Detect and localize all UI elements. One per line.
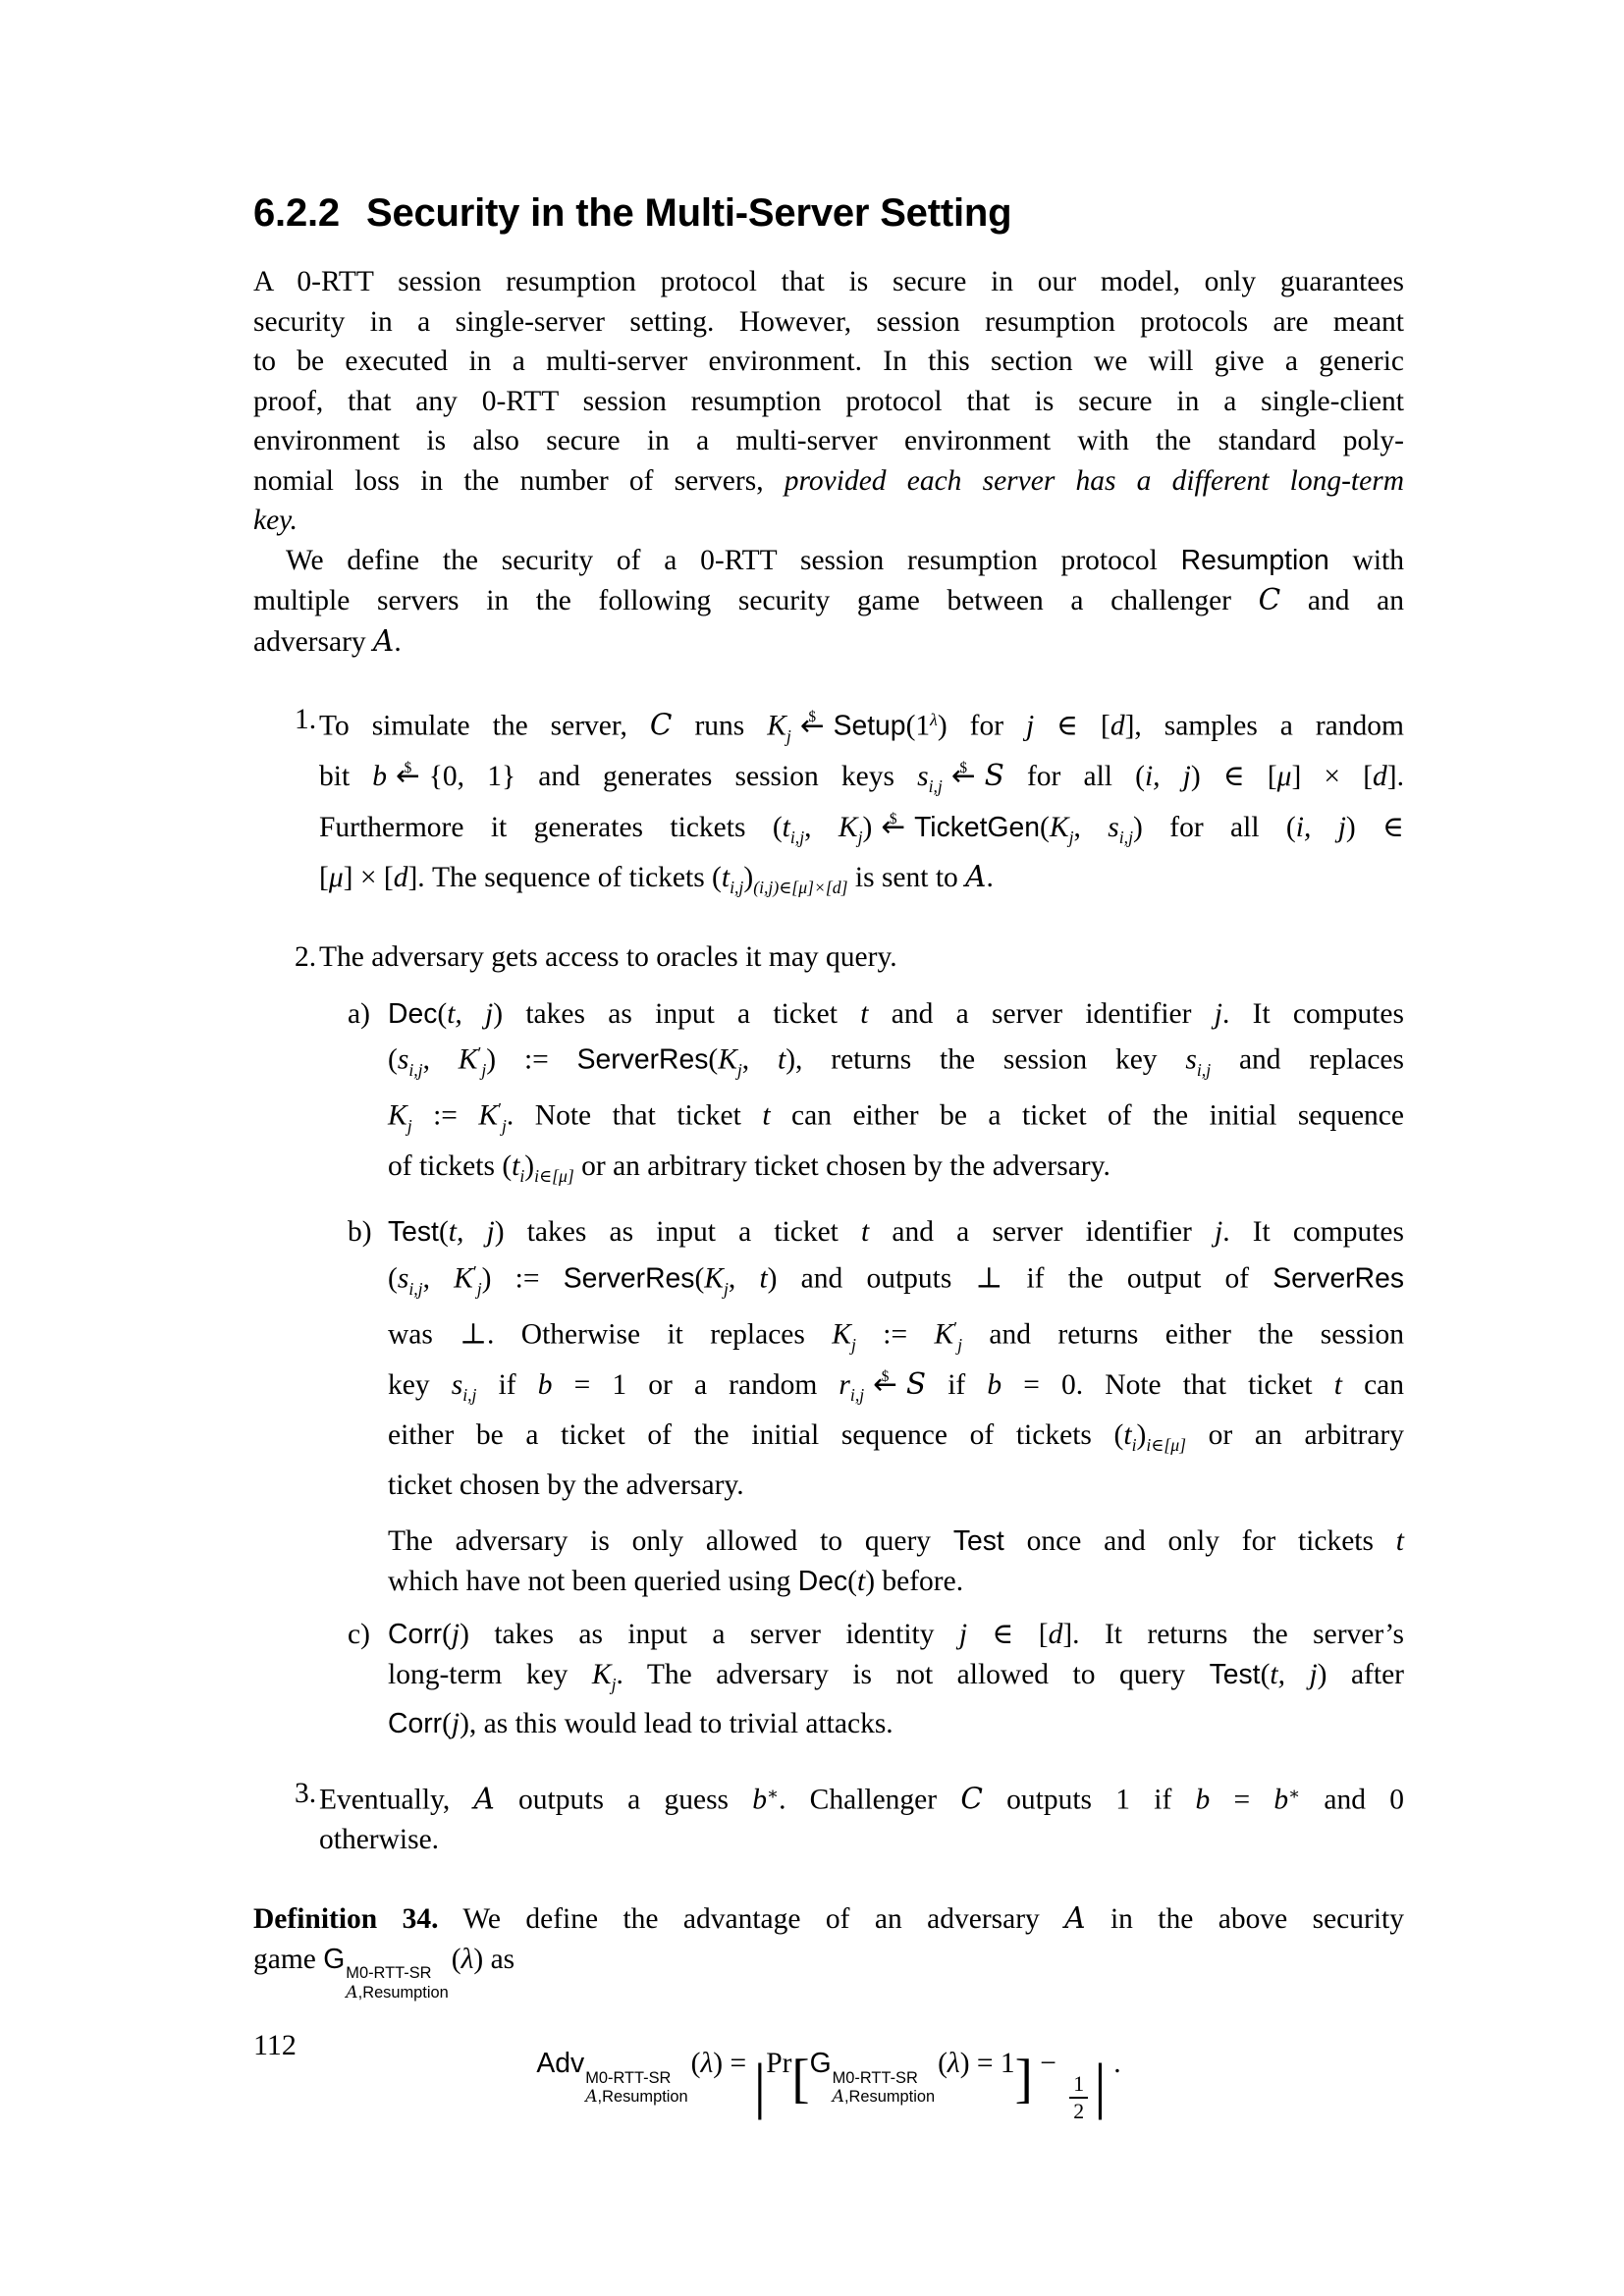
random-sample-arrow-icon: $← — [800, 706, 825, 746]
random-sample-arrow-icon: $← — [873, 1364, 897, 1405]
seg-mi: K — [704, 1262, 724, 1294]
text-line: either be a ticket of the initial sequen… — [388, 1415, 1404, 1466]
seg-mi: μ — [329, 862, 344, 893]
oracle-dec: a)Dec(t, j) takes as input a ticket t an… — [253, 994, 1404, 1197]
seg-mi: t, j — [449, 1216, 495, 1248]
seg-sf: ,Resumption — [844, 2088, 935, 2106]
seg-sub: i∈[μ] — [534, 1166, 574, 1186]
list-label: 1. — [295, 700, 316, 740]
seg-rm: . — [394, 626, 401, 658]
seg-rm: otherwise. — [319, 1824, 439, 1855]
seg-rm: ( — [388, 1262, 398, 1294]
seg-rm: = 1 or a random — [553, 1369, 839, 1401]
seg-mi: t — [861, 1216, 869, 1248]
seg-rm: , — [804, 812, 839, 843]
seg-rm: and a server identifier — [869, 1216, 1215, 1248]
list-label: a) — [348, 994, 370, 1035]
seg-sf: M0-RTT-SR — [585, 2069, 671, 2087]
seg-rm: outputs 1 if — [983, 1784, 1196, 1815]
seg-rm: ( — [691, 2048, 701, 2079]
seg-sf: Dec — [388, 998, 437, 1030]
random-sample-arrow-icon: $← — [396, 756, 420, 796]
seg-rm: and a server identifier — [868, 998, 1214, 1030]
seg-rm: in the above security — [1086, 1903, 1404, 1935]
seg-rm: Eventually, — [319, 1784, 474, 1815]
list-label: 3. — [295, 1774, 316, 1814]
seg-mi: j — [452, 1708, 460, 1739]
section-title: Security in the Multi-Server Setting — [366, 191, 1011, 235]
seg-sf: TicketGen — [914, 812, 1040, 843]
seg-rm: Pr — [766, 2048, 791, 2079]
seg-rm: for all ( — [1004, 761, 1145, 792]
seg-rm: ) after — [1318, 1659, 1404, 1690]
seg-sub: i,j — [408, 1279, 422, 1299]
text-line: Furthermore it generates tickets (ti,j, … — [319, 807, 1404, 858]
seg-rm: ) := — [482, 1262, 564, 1294]
text-line: which have not been queried using Dec(t)… — [388, 1562, 1404, 1602]
seg-big: | — [1094, 2051, 1107, 2120]
text-line: key. — [253, 501, 1404, 541]
seg-rm: := — [412, 1100, 479, 1132]
script-stack: M0-RTT-SRA,Resumption — [346, 1963, 448, 2002]
seg-rm: of tickets ( — [388, 1150, 512, 1182]
numerator: 1 — [1073, 2071, 1084, 2097]
seg-mi: t — [1396, 1525, 1404, 1557]
seg-rm: ) takes as input a server identity — [460, 1619, 959, 1650]
seg-rm: , — [423, 1262, 455, 1294]
seg-rm: The adversary is only allowed to query — [388, 1525, 953, 1557]
text-line: to be executed in a multi-server environ… — [253, 342, 1404, 382]
seg-rm: ) ∈ — [1346, 812, 1404, 843]
seg-bigb: ] — [1015, 2049, 1033, 2109]
seg-mi: t, j — [1270, 1659, 1317, 1690]
seg-rm: multiple servers in the following securi… — [253, 585, 1259, 616]
text-line: To simulate the server, C runs Kj$←Setup… — [319, 700, 1404, 756]
seg-rm: ( — [442, 1708, 452, 1739]
game-step-3: 3.Eventually, A outputs a guess b∗. Chal… — [253, 1774, 1404, 1860]
text-line: environment is also secure in a multi-se… — [253, 421, 1404, 461]
seg-mi: b — [1273, 1784, 1288, 1815]
seg-rm: , — [423, 1044, 459, 1076]
seg-rm: ]. — [1387, 761, 1404, 792]
text-line: bit b$←{0, 1} and generates session keys… — [319, 756, 1404, 807]
page-number: 112 — [253, 2026, 297, 2066]
oracle-test: b)Test(t, j) takes as input a ticket t a… — [253, 1212, 1404, 1505]
seg-mi: s — [398, 1044, 408, 1076]
seg-mi: i, j — [1145, 761, 1191, 792]
seg-rm: ]. The sequence of tickets ( — [407, 862, 721, 893]
seg-rm: if — [476, 1369, 537, 1401]
seg-mi: r — [839, 1369, 849, 1401]
random-sample-arrow-icon: $← — [951, 756, 976, 796]
text-line: The adversary is only allowed to query T… — [388, 1522, 1404, 1562]
dollar-annotation: $ — [882, 1358, 890, 1398]
document-body: A 0-RTT session resumption protocol that… — [253, 262, 1404, 2139]
seg-rm: ( — [847, 1566, 857, 1597]
seg-rm: ( — [388, 1044, 398, 1076]
seg-rm: can either be a ticket of the initial se… — [771, 1100, 1404, 1132]
denominator: 2 — [1069, 2097, 1088, 2124]
seg-rm: ) = 1 — [960, 2048, 1015, 2079]
seg-rm: ( — [694, 1262, 704, 1294]
seg-rm: ) before. — [865, 1566, 963, 1597]
seg-sub: i∈[μ] — [1146, 1435, 1186, 1455]
script-stack: M0-RTT-SRA,Resumption — [833, 2068, 935, 2108]
dollar-annotation: $ — [890, 800, 897, 840]
seg-cal: A — [833, 2087, 844, 2107]
seg-sf: ,Resumption — [598, 2088, 688, 2106]
dollar-annotation: $ — [959, 749, 967, 789]
seg-mi: i, j — [1296, 812, 1346, 843]
seg-cal: S — [906, 1367, 926, 1401]
text-line: The adversary gets access to oracles it … — [319, 937, 1404, 978]
seg-rm: or an arbitrary ticket chosen by the adv… — [574, 1150, 1110, 1182]
definition-34: Definition 34. We define the advantage o… — [253, 1898, 1404, 2002]
seg-rm: key — [388, 1369, 452, 1401]
seg-rm: − — [1033, 2048, 1063, 2079]
seg-mi: K — [718, 1044, 737, 1076]
seg-mi: s — [1108, 812, 1118, 843]
text-line: ticket chosen by the adversary. — [388, 1466, 1404, 1506]
list-label: 2. — [295, 937, 316, 978]
seg-sf: Test — [388, 1216, 439, 1248]
seg-rm: ) and outputs ⊥ if the output of — [768, 1262, 1273, 1294]
seg-rm: either be a ticket of the initial sequen… — [388, 1419, 1123, 1451]
text-line: was ⊥. Otherwise it replaces Kj := K′j a… — [388, 1308, 1404, 1364]
seg-rm: is sent to — [848, 862, 966, 893]
seg-mi: t — [857, 1566, 865, 1597]
seg-rm: ) — [1137, 1419, 1147, 1451]
seg-rm: runs — [672, 711, 767, 742]
seg-rm: . — [1107, 2048, 1121, 2079]
seg-sub: i,j — [1197, 1060, 1211, 1080]
seg-mi: d — [1110, 711, 1125, 742]
test-query-restriction: The adversary is only allowed to query T… — [253, 1522, 1404, 1601]
seg-mi: b — [538, 1369, 553, 1401]
seg-mi: K — [767, 711, 786, 742]
seg-rm: := — [856, 1319, 935, 1351]
seg-rm: environment is also secure in a multi-se… — [253, 425, 1404, 456]
seg-rm: The adversary gets access to oracles it … — [319, 941, 897, 973]
advantage-formula: AdvM0-RTT-SRA,Resumption(λ) = |Pr[GM0-RT… — [253, 2010, 1404, 2139]
seg-rm: security in a single-server setting. How… — [253, 306, 1404, 338]
seg-cal: C — [960, 1782, 983, 1815]
seg-rm: ( — [452, 1944, 461, 1975]
seg-mi: λ — [461, 1944, 474, 1975]
seg-rm: ( — [437, 998, 447, 1030]
seg-sf: G — [323, 1944, 345, 1975]
seg-sf: Setup — [834, 711, 906, 742]
seg-sf: Corr — [388, 1708, 442, 1739]
seg-it: key. — [253, 505, 298, 536]
text-line: otherwise. — [319, 1820, 1404, 1860]
section-heading: 6.2.2Security in the Multi-Server Settin… — [253, 191, 1404, 236]
seg-mi: t — [1123, 1419, 1131, 1451]
seg-rm: ( — [708, 1044, 718, 1076]
seg-mi: d — [394, 862, 408, 893]
security-game-intro-paragraph: We define the security of a 0-RTT sessio… — [253, 541, 1404, 663]
seg-mi: K — [832, 1319, 851, 1351]
seg-rm: ticket chosen by the adversary. — [388, 1469, 744, 1501]
seg-sub: i,j — [1119, 828, 1133, 847]
text-line: [μ] × [d]. The sequence of tickets (ti,j… — [319, 857, 1404, 908]
seg-mi: s — [917, 761, 928, 792]
seg-sub: i,j — [929, 776, 943, 796]
seg-mi: K — [459, 1044, 478, 1076]
text-line: multiple servers in the following securi… — [253, 580, 1404, 621]
seg-mi: d — [1049, 1619, 1063, 1650]
seg-bf: Definition 34. — [253, 1903, 438, 1935]
section-number: 6.2.2 — [253, 191, 340, 235]
text-line: Dec(t, j) takes as input a ticket t and … — [388, 994, 1404, 1035]
seg-mi: t — [759, 1262, 767, 1294]
seg-rm: A 0-RTT session resumption protocol that… — [253, 266, 1404, 297]
seg-rm: to be executed in a multi-server environ… — [253, 346, 1404, 377]
text-line: We define the security of a 0-RTT sessio… — [253, 541, 1404, 581]
seg-rm: To simulate the server, — [319, 711, 650, 742]
dollar-annotation: $ — [808, 698, 816, 738]
seg-rm: if — [926, 1369, 987, 1401]
list-label: b) — [348, 1212, 372, 1253]
seg-cal: A — [1064, 1901, 1085, 1935]
seg-rm: ), returns the session key — [785, 1044, 1185, 1076]
seg-mi: t — [783, 812, 790, 843]
seg-rm: {0, 1} and generates session keys — [429, 761, 917, 792]
seg-mi: d — [1373, 761, 1387, 792]
text-line: (si,j, K′j) := ServerRes(Kj, t), returns… — [388, 1034, 1404, 1090]
seg-rm: with — [1329, 545, 1404, 576]
list-label: c) — [348, 1615, 370, 1655]
seg-cal: A — [585, 2087, 597, 2107]
seg-sf: ServerRes — [1272, 1262, 1404, 1294]
seg-mi: j — [452, 1619, 460, 1650]
seg-mi: λ — [700, 2048, 713, 2079]
seg-rm: ( — [439, 1216, 449, 1248]
seg-mi: s — [398, 1262, 408, 1294]
seg-rm: . Note that ticket — [507, 1100, 762, 1132]
seg-rm: ( — [1040, 812, 1050, 843]
text-line: of tickets (ti)i∈[μ] or an arbitrary tic… — [388, 1147, 1404, 1197]
seg-sub: j — [786, 726, 791, 746]
script-stack: M0-RTT-SRA,Resumption — [585, 2068, 687, 2108]
seg-mi: t — [722, 862, 730, 893]
script-row: A,Resumption — [585, 2087, 687, 2107]
seg-mi: K — [454, 1262, 473, 1294]
seg-sub: i,j — [850, 1385, 864, 1405]
seg-mi: μ — [1277, 761, 1292, 792]
seg-rm: . It computes — [1222, 1216, 1404, 1248]
seg-rm: Furthermore it generates tickets ( — [319, 812, 783, 843]
seg-sf: Dec — [798, 1566, 847, 1597]
seg-mi: j — [1215, 998, 1222, 1030]
seg-sf: Adv — [536, 2048, 584, 2079]
seg-rm: ) = — [713, 2048, 753, 2079]
script-row: M0-RTT-SR — [585, 2068, 671, 2087]
seg-rm: , — [742, 1044, 778, 1076]
seg-rm: We define the security of a 0-RTT sessio… — [286, 545, 1181, 576]
seg-supr: ∗ — [767, 1784, 779, 1803]
seg-rm: or an arbitrary — [1186, 1419, 1404, 1451]
text-line: proof, that any 0-RTT session resumption… — [253, 382, 1404, 422]
seg-mi: j — [1026, 711, 1034, 742]
seg-bigb: [ — [791, 2049, 809, 2109]
seg-mi: t — [762, 1100, 770, 1132]
seg-rm: ] × [ — [1291, 761, 1373, 792]
seg-rm: ) ∈ [ — [1191, 761, 1277, 792]
seg-rm: [ — [319, 862, 329, 893]
game-step-1: 1.To simulate the server, C runs Kj$←Set… — [253, 700, 1404, 908]
seg-rm: . The adversary is not allowed to query — [617, 1659, 1210, 1690]
seg-rm: ), as this would lead to trivial attacks… — [460, 1708, 893, 1739]
script-row: M0-RTT-SR — [346, 1963, 431, 1982]
seg-rm: ) — [743, 862, 753, 893]
fraction: 12 — [1069, 2071, 1088, 2124]
seg-rm: and an — [1280, 585, 1404, 616]
seg-rm: ], samples a random — [1125, 711, 1404, 742]
seg-rm: . — [986, 862, 993, 893]
seg-rm: bit — [319, 761, 372, 792]
seg-mi: b — [1196, 1784, 1211, 1815]
seg-cal: A — [373, 624, 394, 658]
seg-mi: s — [452, 1369, 462, 1401]
seg-rm: which have not been queried using — [388, 1566, 798, 1597]
text-line: Test(t, j) takes as input a ticket t and… — [388, 1212, 1404, 1253]
seg-mi: K — [478, 1100, 498, 1132]
seg-mi: t — [778, 1044, 785, 1076]
seg-rm: ) — [524, 1150, 534, 1182]
seg-sf: Corr — [388, 1619, 442, 1650]
seg-rm: = 0. Note that ticket — [1001, 1369, 1334, 1401]
seg-rm: ( — [938, 2048, 947, 2079]
seg-rm: proof, that any 0-RTT session resumption… — [253, 386, 1404, 417]
seg-sf: Resumption — [1181, 545, 1329, 576]
script-row: M0-RTT-SR — [833, 2068, 918, 2087]
seg-big: | — [753, 2051, 766, 2120]
seg-rm: (1 — [906, 711, 931, 742]
seg-sup: λ — [930, 710, 938, 729]
dollar-annotation: $ — [405, 749, 412, 789]
text-line: (si,j, K′j) := ServerRes(Kj, t) and outp… — [388, 1253, 1404, 1308]
seg-rm: ∈ [ — [1034, 711, 1110, 742]
seg-sub: (i,j)∈[μ]×[d] — [753, 879, 847, 898]
seg-rm: ( — [1261, 1659, 1271, 1690]
seg-mi: λ — [947, 2048, 960, 2079]
seg-cal: S — [985, 759, 1004, 792]
seg-rm: ) for all ( — [1133, 812, 1296, 843]
text-line: Definition 34. We define the advantage o… — [253, 1898, 1404, 1940]
text-line: AdvM0-RTT-SRA,Resumption(λ) = |Pr[GM0-RT… — [253, 2010, 1404, 2139]
seg-rm: . It computes — [1222, 998, 1404, 1030]
script-row: A,Resumption — [833, 2087, 935, 2107]
seg-mi: K — [592, 1659, 612, 1690]
seg-mi: s — [1185, 1044, 1196, 1076]
seg-rm: ∈ [ — [967, 1619, 1048, 1650]
seg-supr: ∗ — [1288, 1784, 1300, 1803]
seg-rm: outputs a guess — [495, 1784, 752, 1815]
seg-mi: K — [388, 1100, 407, 1132]
seg-cal: C — [1259, 583, 1281, 616]
seg-sf: M0-RTT-SR — [833, 2069, 918, 2087]
document-page: 6.2.2Security in the Multi-Server Settin… — [0, 0, 1624, 2296]
text-line: nomial loss in the number of servers, pr… — [253, 461, 1404, 502]
seg-rm: can — [1342, 1369, 1404, 1401]
game-step-2: 2.The adversary gets access to oracles i… — [253, 937, 1404, 978]
seg-rm: nomial loss in the number of servers, — [253, 465, 785, 497]
seg-rm: game — [253, 1944, 323, 1975]
seg-rm: ] × [ — [344, 862, 394, 893]
seg-rm: and returns either the session — [962, 1319, 1404, 1351]
random-sample-arrow-icon: $← — [881, 807, 905, 847]
seg-mi: K — [839, 812, 858, 843]
text-line: Corr(j) takes as input a server identity… — [388, 1615, 1404, 1655]
text-line: long-term key Kj. The adversary is not a… — [388, 1655, 1404, 1705]
seg-rm: was ⊥. Otherwise it replaces — [388, 1319, 832, 1351]
text-line: Kj := K′j. Note that ticket t can either… — [388, 1090, 1404, 1146]
seg-cal: C — [650, 709, 673, 742]
seg-mi: K — [1050, 812, 1069, 843]
seg-rm: ) takes as input a ticket — [495, 1216, 861, 1248]
seg-sf: M0-RTT-SR — [346, 1964, 431, 1982]
seg-rm: = — [1210, 1784, 1273, 1815]
seg-cal: A — [346, 1983, 357, 2002]
text-line: A 0-RTT session resumption protocol that… — [253, 262, 1404, 302]
seg-sf: Test — [953, 1525, 1004, 1557]
seg-sub: i,j — [462, 1385, 476, 1405]
text-line: Eventually, A outputs a guess b∗. Challe… — [319, 1774, 1404, 1820]
seg-sub: i,j — [730, 879, 743, 898]
seg-mi: K — [935, 1319, 954, 1351]
seg-mi: b — [987, 1369, 1001, 1401]
seg-rm: ( — [442, 1619, 452, 1650]
seg-rm: ) — [863, 812, 873, 843]
seg-rm: long-term key — [388, 1659, 592, 1690]
seg-cal: A — [965, 860, 986, 893]
text-line: game GM0-RTT-SRA,Resumption(λ) as — [253, 1940, 1404, 2002]
seg-rm: ) as — [473, 1944, 514, 1975]
seg-rm: and replaces — [1211, 1044, 1404, 1076]
intro-paragraph: A 0-RTT session resumption protocol that… — [253, 262, 1404, 541]
seg-sf: ServerRes — [564, 1262, 695, 1294]
seg-rm: and 0 — [1300, 1784, 1404, 1815]
seg-rm: , — [1073, 812, 1108, 843]
text-line: key si,j if b = 1 or a random ri,j$←S if… — [388, 1364, 1404, 1415]
seg-rm: ) takes as input a ticket — [493, 998, 860, 1030]
seg-rm: ]. It returns the server’s — [1062, 1619, 1404, 1650]
seg-sf: ,Resumption — [358, 1984, 449, 2002]
seg-it: provided each server has a different lon… — [785, 465, 1404, 497]
seg-sub: i,j — [790, 828, 804, 847]
seg-mi: t — [1334, 1369, 1342, 1401]
text-line: adversary A. — [253, 621, 1404, 663]
seg-sf: Test — [1210, 1659, 1261, 1690]
seg-rm: once and only for tickets — [1004, 1525, 1396, 1557]
script-row: A,Resumption — [346, 1983, 448, 2002]
seg-rm: ) for — [938, 711, 1026, 742]
seg-cal: A — [474, 1782, 495, 1815]
seg-sf: ServerRes — [577, 1044, 709, 1076]
oracle-corr: c)Corr(j) takes as input a server identi… — [253, 1615, 1404, 1744]
text-line: security in a single-server setting. How… — [253, 302, 1404, 343]
seg-rm: adversary — [253, 626, 373, 658]
seg-rm: . Challenger — [779, 1784, 960, 1815]
seg-mi: j — [959, 1619, 967, 1650]
seg-sf: G — [810, 2048, 832, 2079]
seg-rm: ) := — [486, 1044, 576, 1076]
text-line: Corr(j), as this would lead to trivial a… — [388, 1704, 1404, 1744]
seg-mi: t, j — [447, 998, 493, 1030]
seg-rm: We define the advantage of an adversary — [438, 1903, 1064, 1935]
seg-mi: j — [1215, 1216, 1222, 1248]
